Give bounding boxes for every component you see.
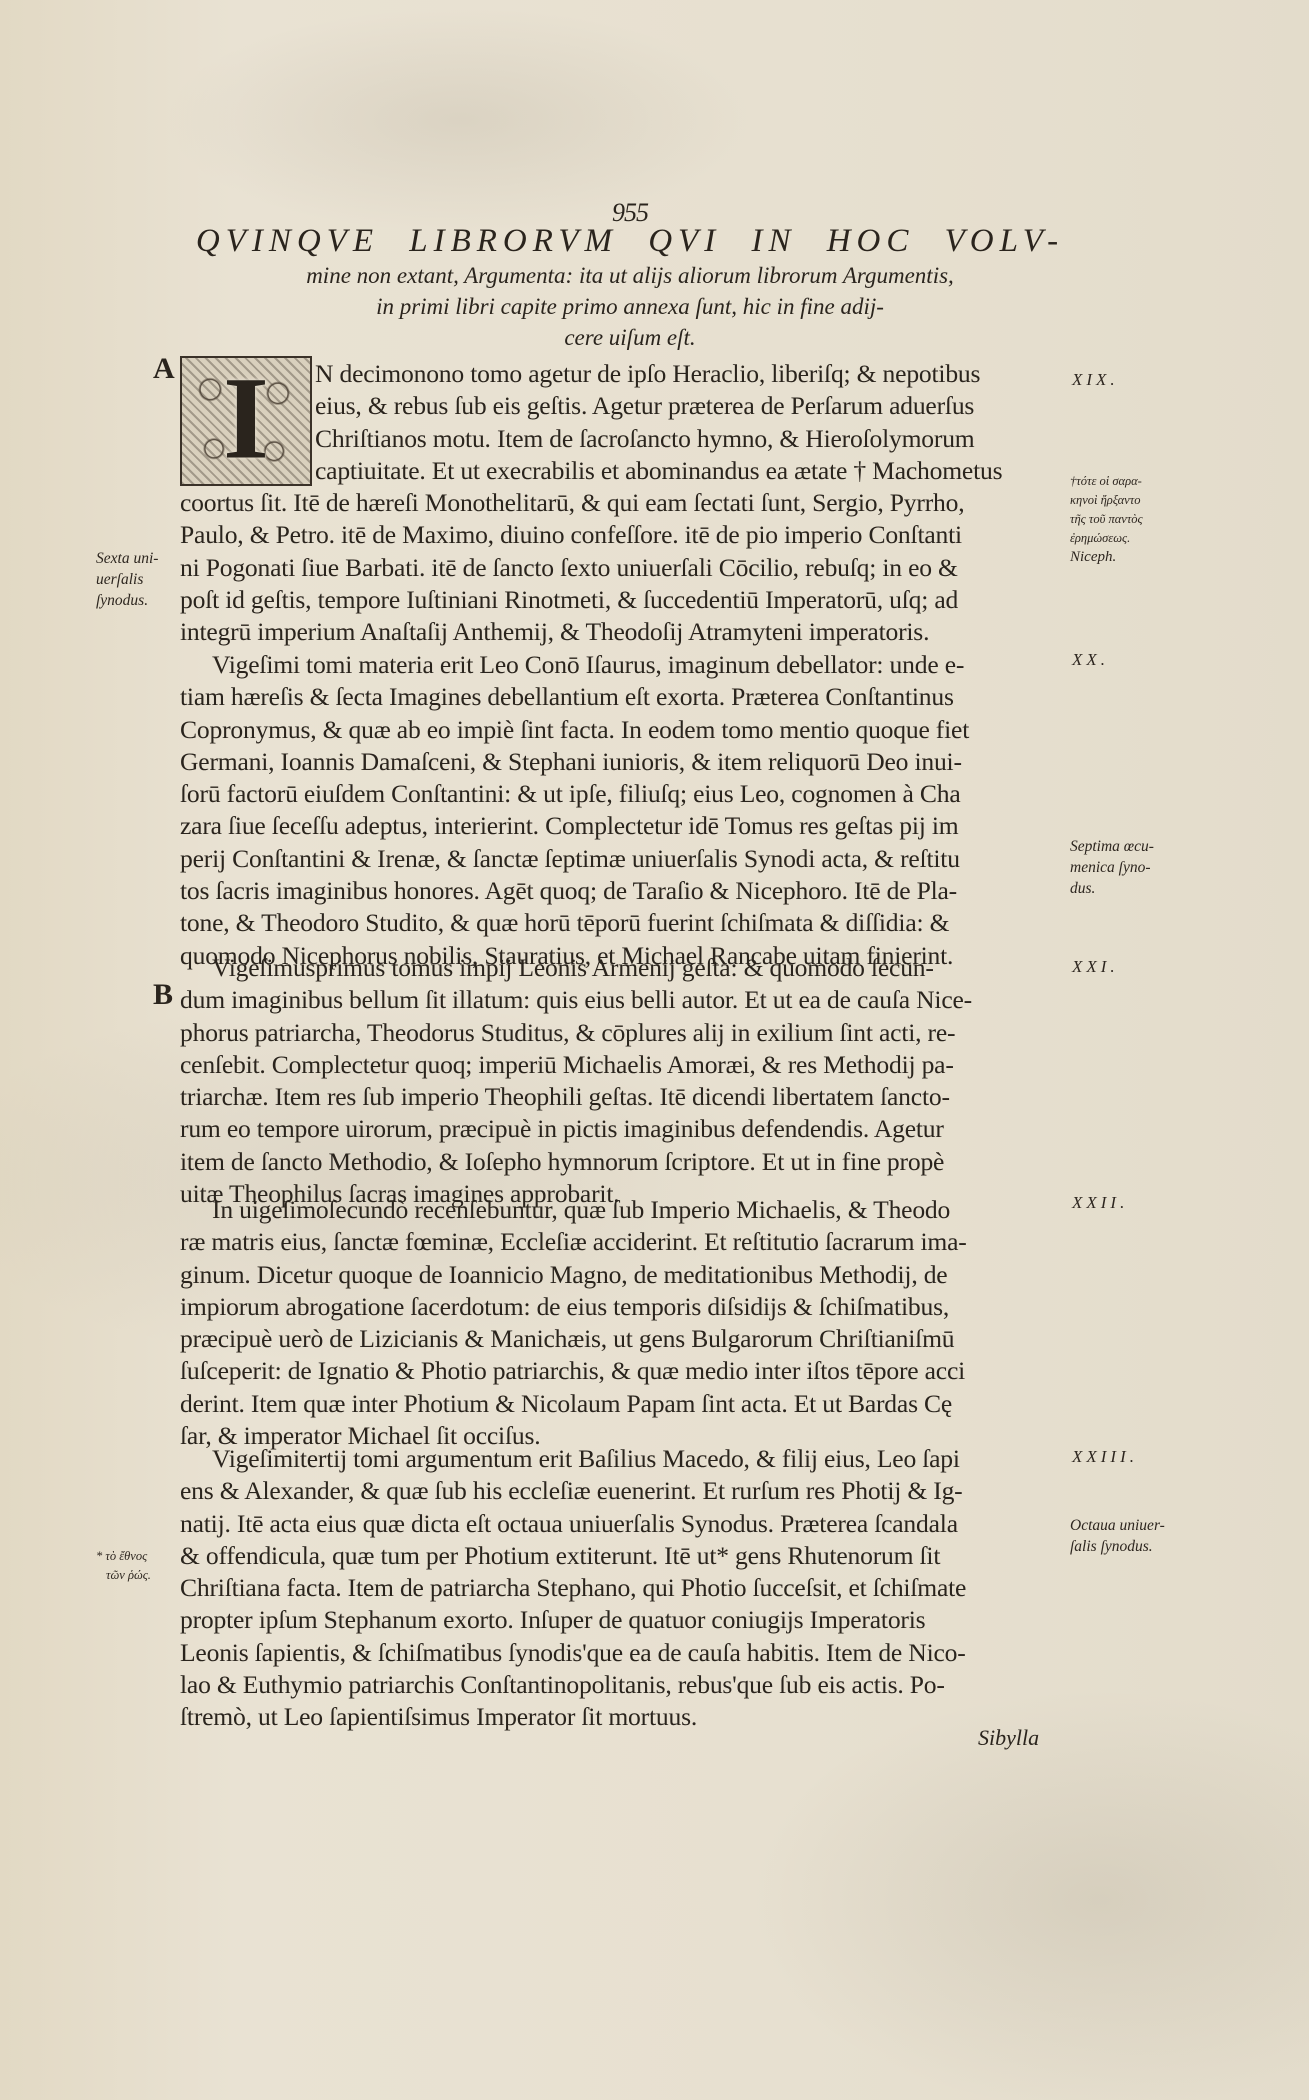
text-line: eius, & rebus ſub eis geſtis. Agetur præ… [180,390,1060,422]
text-line: captiuitate. Et ut execrabilis et abomin… [180,455,1060,487]
text-line: Copronymus, & quæ ab eo impiè ſint facta… [180,714,1060,746]
margin-note-line: Octaua uniuer- [1070,1515,1165,1536]
margin-note-septima-synodus: Septima œcu- menica ſyno- dus. [1070,836,1154,899]
text-line: Vigeſimusprimus tomus impij Leonis Armen… [180,952,1060,984]
paragraph-xx: Vigeſimi tomi materia erit Leo Conō Iſau… [180,649,1060,972]
margin-numeral-xx: XX. [1072,650,1109,670]
text-line: dum imaginibus bellum ſit illatum: quis … [180,984,1060,1016]
text-line: triarchæ. Item res ſub imperio Theophili… [180,1081,1060,1113]
text-line: ni Pogonati ſiue Barbati. itē de ſancto … [180,552,1060,584]
paragraph-xxiii: Vigeſimitertij tomi argumentum erit Baſi… [180,1443,1060,1734]
text-line: poſt id geſtis, tempore Iuſtiniani Rinot… [180,584,1060,616]
margin-numeral-xxii: XXII. [1072,1193,1128,1213]
catchword: Sibylla [978,1725,1039,1751]
title-block: QVINQVE LIBRORVM QVI IN HOC VOLV- mine n… [150,222,1110,353]
text-line: Leonis ſapientis, & ſchiſmatibus ſynodis… [180,1637,1060,1669]
margin-note-line: ſynodus. [96,590,158,611]
text-line: & offendicula, quæ tum per Photium extit… [180,1540,1060,1572]
margin-note-line: κηνοὶ ἤρξαντο [1070,491,1143,510]
margin-note-line: †τότε οἱ σαρα- [1070,472,1143,491]
margin-note-sexta-synodus: Sexta uni- uerſalis ſynodus. [96,548,158,611]
text-line: In uigeſimoſecundò recenſebuntur, quæ ſu… [180,1194,1060,1226]
text-line: Chriſtiana facta. Item de patriarcha Ste… [180,1572,1060,1604]
margin-note-octaua-synodus: Octaua uniuer- ſalis ſynodus. [1070,1515,1165,1557]
text-line: phorus patriarcha, Theodorus Studitus, &… [180,1017,1060,1049]
margin-numeral-xxiii: XXIII. [1072,1447,1138,1467]
paragraph-xxii: In uigeſimoſecundò recenſebuntur, quæ ſu… [180,1194,1060,1452]
text-line: natij. Itē acta eius quæ dicta eſt octau… [180,1508,1060,1540]
margin-note-line: τῆς τοῦ παντὸς [1070,510,1143,529]
text-line: Vigeſimitertij tomi argumentum erit Baſi… [180,1443,1060,1475]
text-line: propter ipſum Stephanum exorto. Inſuper … [180,1604,1060,1636]
title-line: in primi libri capite primo annexa ſunt,… [150,291,1110,322]
text-line: Vigeſimi tomi materia erit Leo Conō Iſau… [180,649,1060,681]
text-line: tiam hæreſis & ſecta Imagines debellanti… [180,681,1060,713]
margin-note-line: ἐρημώσεως. [1070,529,1143,548]
margin-note-line: Niceph. [1070,548,1143,567]
paragraph-xxi: Vigeſimusprimus tomus impij Leonis Armen… [180,952,1060,1210]
text-line: lao & Euthymio patriarchis Conſtantinopo… [180,1669,1060,1701]
margin-numeral-xix: XIX. [1072,370,1119,390]
text-line: impiorum abrogatione ſacerdotum: de eius… [180,1291,1060,1323]
section-letter-a: A [153,352,175,386]
margin-note-line: dus. [1070,878,1154,899]
margin-numeral-xxi: XXI. [1072,957,1119,977]
text-line: Paulo, & Petro. itē de Maximo, diuino co… [180,519,1060,551]
title-caps: QVINQVE LIBRORVM QVI IN HOC VOLV- [150,222,1110,260]
title-line: mine non extant, Argumenta: ita ut alijs… [150,260,1110,291]
title-line: cere uiſum eſt. [150,322,1110,353]
margin-note-line: Sexta uni- [96,548,158,569]
text-line: Chriſtianos motu. Item de ſacroſancto hy… [180,423,1060,455]
margin-note-greek-niceph: †τότε οἱ σαρα- κηνοὶ ἤρξαντο τῆς τοῦ παν… [1070,472,1143,567]
margin-note-line: Septima œcu- [1070,836,1154,857]
text-line: ræ matris eius, ſanctæ fœminæ, Eccleſiæ … [180,1226,1060,1258]
section-letter-b: B [153,978,173,1012]
text-line: ſtremò, ut Leo ſapientiſsimus Imperator … [180,1701,1060,1733]
text-line: item de ſancto Methodio, & Ioſepho hymno… [180,1146,1060,1178]
text-line: cenſebit. Complectetur quoq; imperiū Mic… [180,1049,1060,1081]
text-line: ſorū factorū eiuſdem Conſtantini: & ut i… [180,778,1060,810]
text-line: præcipuè uerò de Lizicianis & Manichæis,… [180,1323,1060,1355]
text-line: ſuſceperit: de Ignatio & Photio patriarc… [180,1355,1060,1387]
margin-note-greek-rhos: * τὸ ἔθνος τῶν ῥώς. [96,1547,151,1585]
paragraph-xix: N decimonono tomo agetur de ipſo Heracli… [180,358,1060,649]
text-line: tone, & Theodoro Studito, & quæ horū tēp… [180,907,1060,939]
text-line: integrū imperium Anaſtaſij Anthemij, & T… [180,616,1060,648]
margin-note-line: menica ſyno- [1070,857,1154,878]
text-line: ens & Alexander, & quæ ſub his eccleſiæ … [180,1475,1060,1507]
text-line: zara ſiue ſeceſſu adeptus, interierint. … [180,810,1060,842]
margin-note-line: * τὸ ἔθνος [96,1547,151,1566]
text-line: N decimonono tomo agetur de ipſo Heracli… [180,358,1060,390]
text-line: ginum. Dicetur quoque de Ioannicio Magno… [180,1259,1060,1291]
margin-note-line: uerſalis [96,569,158,590]
text-line: perij Conſtantini & Irenæ, & ſanctæ ſept… [180,843,1060,875]
text-line: tos ſacris imaginibus honores. Agēt quoq… [180,875,1060,907]
margin-note-line: τῶν ῥώς. [96,1566,151,1585]
text-line: derint. Item quæ inter Photium & Nicolau… [180,1388,1060,1420]
text-line: coortus ſit. Itē de hæreſi Monothelitarū… [180,487,1060,519]
text-line: Germani, Ioannis Damaſceni, & Stephani i… [180,746,1060,778]
margin-note-line: ſalis ſynodus. [1070,1536,1165,1557]
text-line: rum eo tempore uirorum, præcipuè in pict… [180,1113,1060,1145]
